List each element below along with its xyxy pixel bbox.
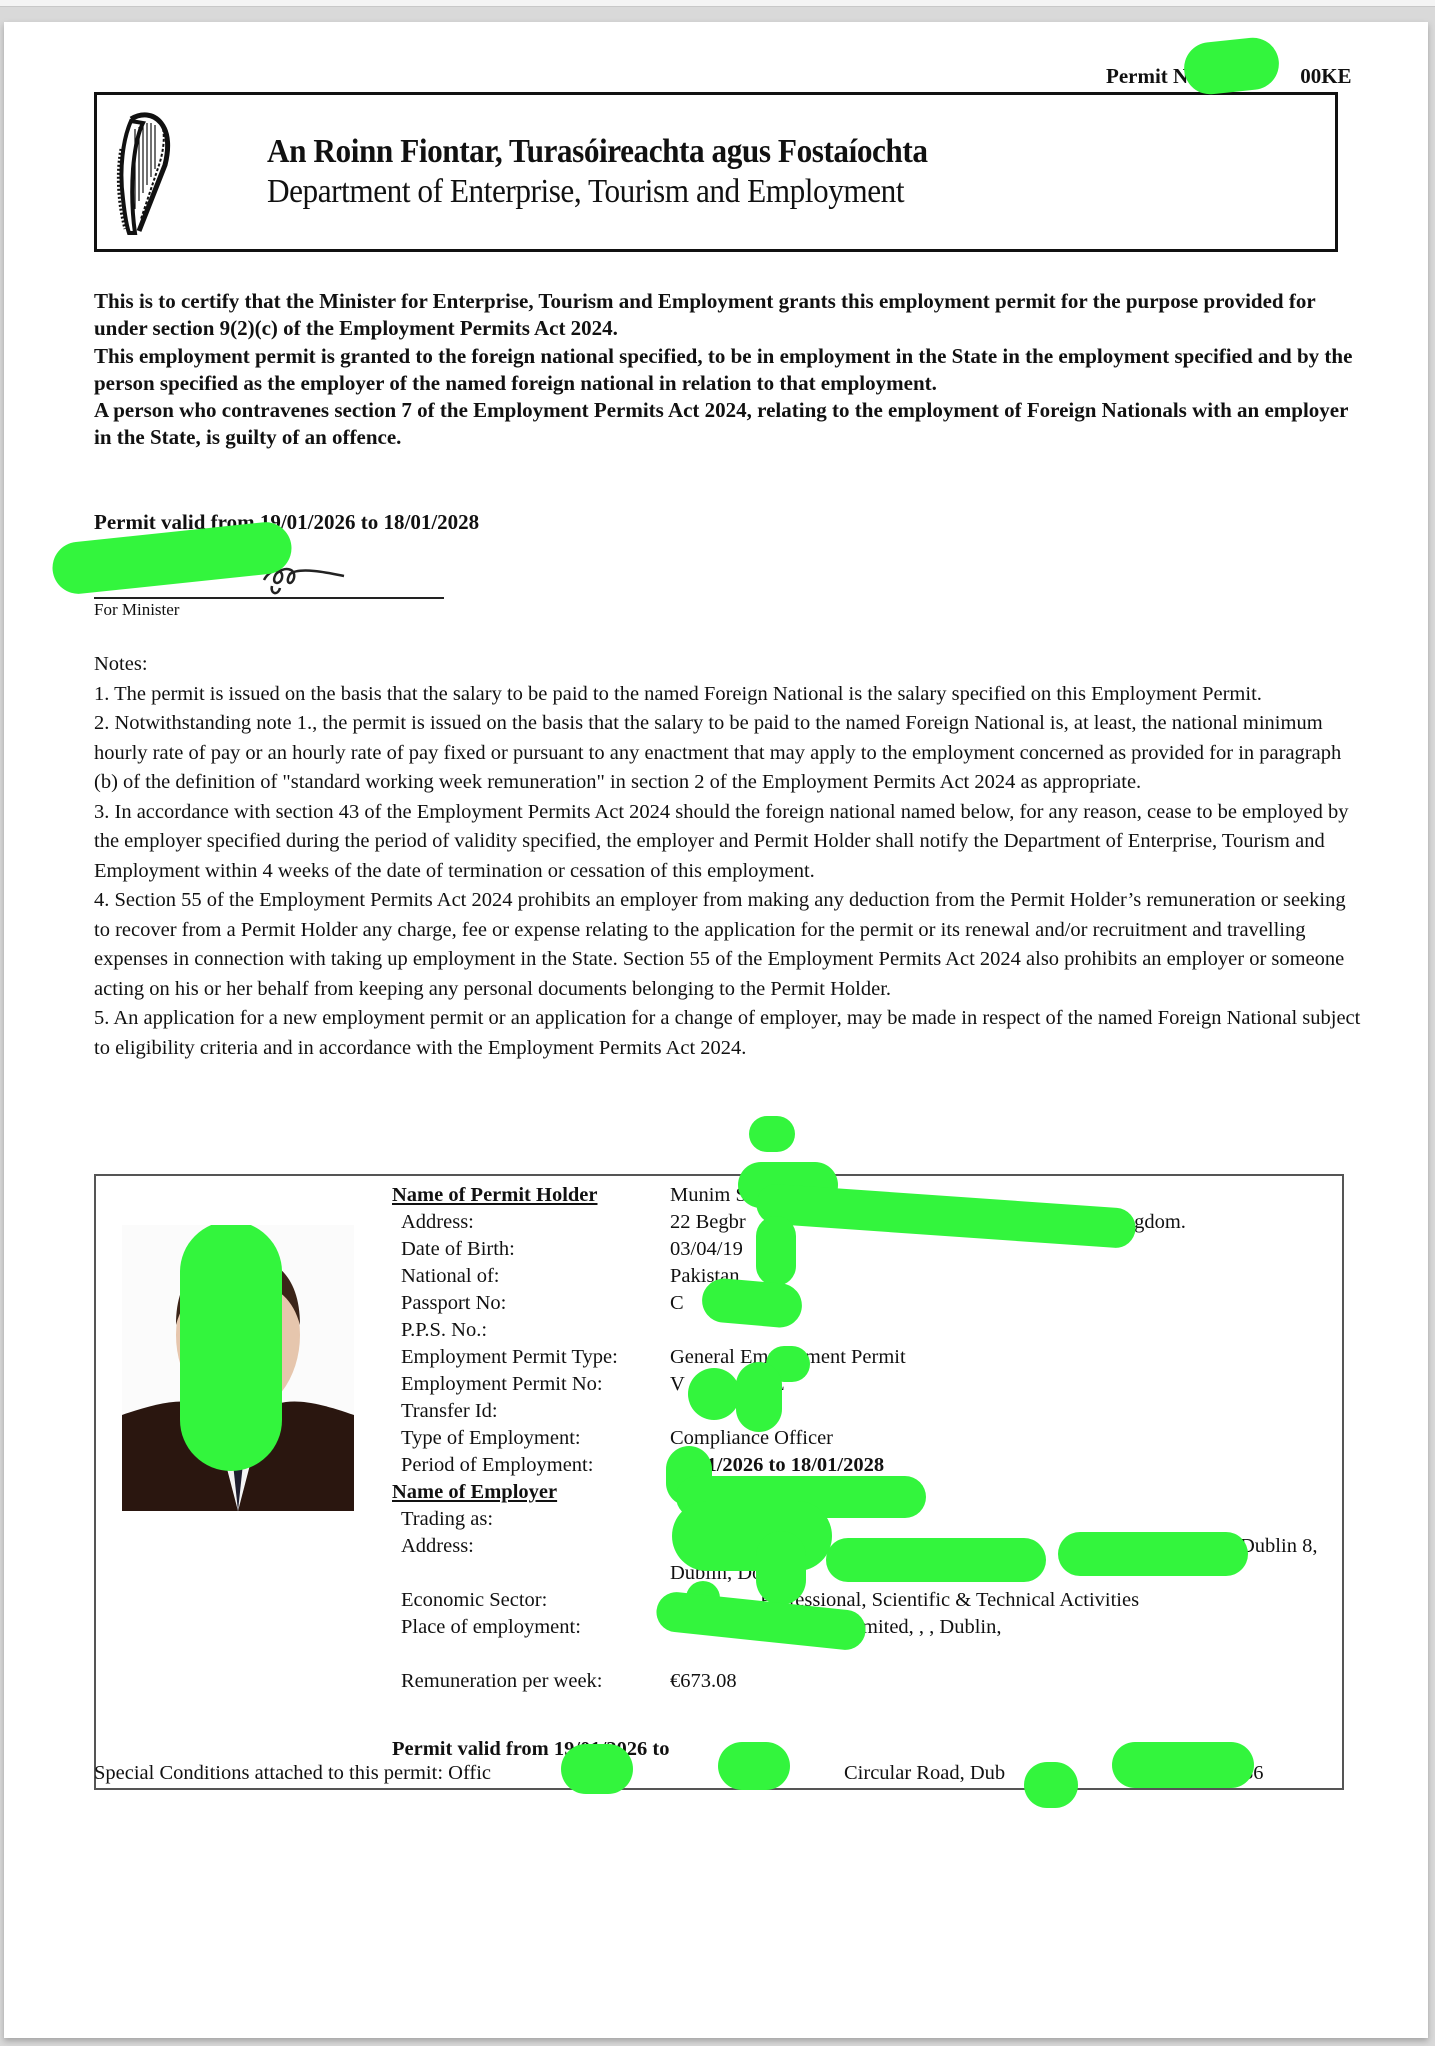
redaction-mark (1058, 1532, 1248, 1576)
certification-paragraph: This is to certify that the Minister for… (94, 288, 1354, 343)
special-conditions: Special Conditions attached to this perm… (94, 1762, 491, 1785)
permit-details-box: Name of Permit Holder Munim S Address: 2… (94, 1174, 1344, 1790)
redaction-mark (718, 1742, 790, 1790)
certification-statement: This is to certify that the Minister for… (94, 288, 1354, 452)
signature-line (94, 597, 444, 599)
redaction-mark (826, 1538, 1046, 1582)
note-item: 2. Notwithstanding note 1., the permit i… (94, 709, 1364, 798)
redaction-mark (736, 1362, 782, 1432)
redaction-mark (688, 1368, 740, 1420)
redaction-mark (756, 1531, 806, 1605)
note-item: 1. The permit is issued on the basis tha… (94, 680, 1364, 710)
detail-label: Remuneration per week: (401, 1670, 603, 1693)
special-conditions-label: Special Conditions attached to this perm… (94, 1762, 491, 1784)
redaction-mark (672, 1501, 832, 1571)
employer-heading: Name of Employer (392, 1481, 557, 1504)
redaction-mark (756, 1216, 796, 1286)
redaction-mark (561, 1744, 633, 1794)
detail-label: P.P.S. No.: (401, 1319, 487, 1342)
certification-paragraph: This employment permit is granted to the… (94, 343, 1354, 398)
detail-label: National of: (401, 1265, 500, 1288)
special-conditions-address: Circular Road, Dub (844, 1762, 1005, 1785)
harp-emblem-icon (113, 109, 175, 239)
department-header: An Roinn Fiontar, Turasóireachta agus Fo… (94, 92, 1338, 252)
certification-paragraph: A person who contravenes section 7 of th… (94, 397, 1354, 452)
notes-title: Notes: (94, 650, 1364, 680)
permit-holder-photo (122, 1225, 354, 1511)
department-name-irish: An Roinn Fiontar, Turasóireachta agus Fo… (267, 133, 928, 171)
detail-label: Transfer Id: (401, 1400, 498, 1423)
permit-number-label: Permit N (1106, 64, 1188, 88)
detail-label: Address: (401, 1211, 474, 1234)
signature-caption: For Minister (94, 600, 179, 620)
detail-label: Place of employment: (401, 1616, 581, 1639)
previous-page-edge (0, 0, 1435, 7)
detail-value: 22 Begbr (670, 1211, 746, 1234)
detail-label: Passport No: (401, 1292, 506, 1315)
detail-value-tail: Dublin 8, (1240, 1535, 1317, 1558)
note-item: 5. An application for a new employment p… (94, 1004, 1364, 1063)
detail-label: Employment Permit No: (401, 1373, 603, 1396)
detail-value: €673.08 (670, 1670, 737, 1693)
detail-label: Economic Sector: (401, 1589, 547, 1612)
detail-label: Employment Permit Type: (401, 1346, 618, 1369)
detail-value: V (670, 1373, 685, 1396)
redaction-mark (700, 1277, 803, 1330)
redaction-mark (755, 1183, 1137, 1249)
permit-number-suffix: 00KE (1300, 64, 1351, 88)
detail-value: 03/04/19 (670, 1238, 743, 1261)
holder-name: Munim S (670, 1184, 747, 1207)
holder-heading: Name of Permit Holder (392, 1184, 598, 1207)
detail-label: Address: (401, 1535, 474, 1558)
redaction-mark (1024, 1762, 1078, 1808)
detail-value-tail: mited, , , Dublin, (862, 1616, 1002, 1639)
detail-label: Date of Birth: (401, 1238, 515, 1261)
detail-label: Period of Employment: (401, 1454, 593, 1477)
note-item: 4. Section 55 of the Employment Permits … (94, 886, 1364, 1004)
department-name-english: Department of Enterprise, Tourism and Em… (267, 173, 904, 211)
detail-label: Trading as: (401, 1508, 493, 1531)
redaction-mark (180, 1225, 282, 1471)
detail-label: Type of Employment: (401, 1427, 581, 1450)
redaction-mark (1112, 1742, 1254, 1788)
permit-document-page: Permit N00KE An Roinn Fiontar, Turasóire… (4, 22, 1428, 2038)
detail-value: C (670, 1292, 684, 1315)
notes-section: Notes: 1. The permit is issued on the ba… (94, 650, 1364, 1063)
redaction-mark (749, 1116, 795, 1152)
note-item: 3. In accordance with section 43 of the … (94, 798, 1364, 887)
